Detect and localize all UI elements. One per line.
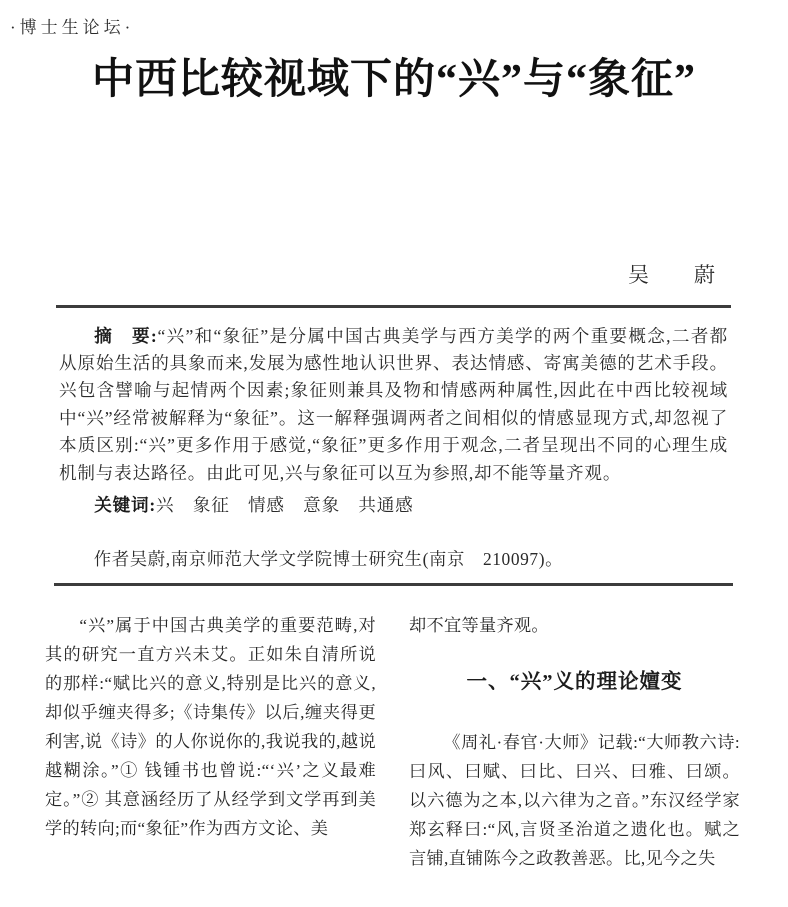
abstract-text: “兴”和“象征”是分属中国古典美学与西方美学的两个重要概念,二者都从原始生活的具… [59, 326, 728, 483]
double-rule-top [56, 305, 731, 308]
keywords-text: 兴 象征 情感 意象 共通感 [156, 495, 414, 515]
paper-title: 中西比较视域下的“兴”与“象征” [14, 54, 774, 107]
left-column-paragraph: “兴”属于中国古典美学的重要范畴,对其的研究一直方兴未艾。正如朱自清所说的那样:… [45, 611, 376, 843]
right-column-paragraph: 《周礼·春官·大师》记载:“大师教六诗:曰风、曰赋、曰比、曰兴、曰雅、曰颂。以六… [409, 728, 740, 873]
body-columns: “兴”属于中国古典美学的重要范畴,对其的研究一直方兴未艾。正如朱自清所说的那样:… [45, 611, 740, 873]
author-name: 吴 蔚 [0, 259, 788, 289]
keywords-line: 关键词:兴 象征 情感 意象 共通感 [59, 492, 728, 519]
abstract-label: 摘 要: [94, 326, 157, 346]
column-header-label: ·博士生论坛· [0, 0, 788, 38]
abstract-paragraph: 摘 要:“兴”和“象征”是分属中国古典美学与西方美学的两个重要概念,二者都从原始… [59, 323, 728, 487]
paper-page: ·博士生论坛· 中西比较视域下的“兴”与“象征” 吴 蔚 摘 要:“兴”和“象征… [0, 0, 788, 907]
author-note: 作者吴蔚,南京师范大学文学院博士研究生(南京 210097)。 [59, 545, 728, 570]
section-heading: 一、“兴”义的理论嬗变 [409, 667, 740, 697]
right-column: 却不宜等量齐观。 一、“兴”义的理论嬗变 《周礼·春官·大师》记载:“大师教六诗… [409, 611, 740, 873]
right-column-continuation: 却不宜等量齐观。 [409, 611, 740, 640]
keywords-label: 关键词: [94, 495, 156, 515]
abstract-section: 摘 要:“兴”和“象征”是分属中国古典美学与西方美学的两个重要概念,二者都从原始… [59, 323, 728, 520]
double-rule-bottom [54, 583, 733, 586]
left-column: “兴”属于中国古典美学的重要范畴,对其的研究一直方兴未艾。正如朱自清所说的那样:… [45, 611, 376, 873]
